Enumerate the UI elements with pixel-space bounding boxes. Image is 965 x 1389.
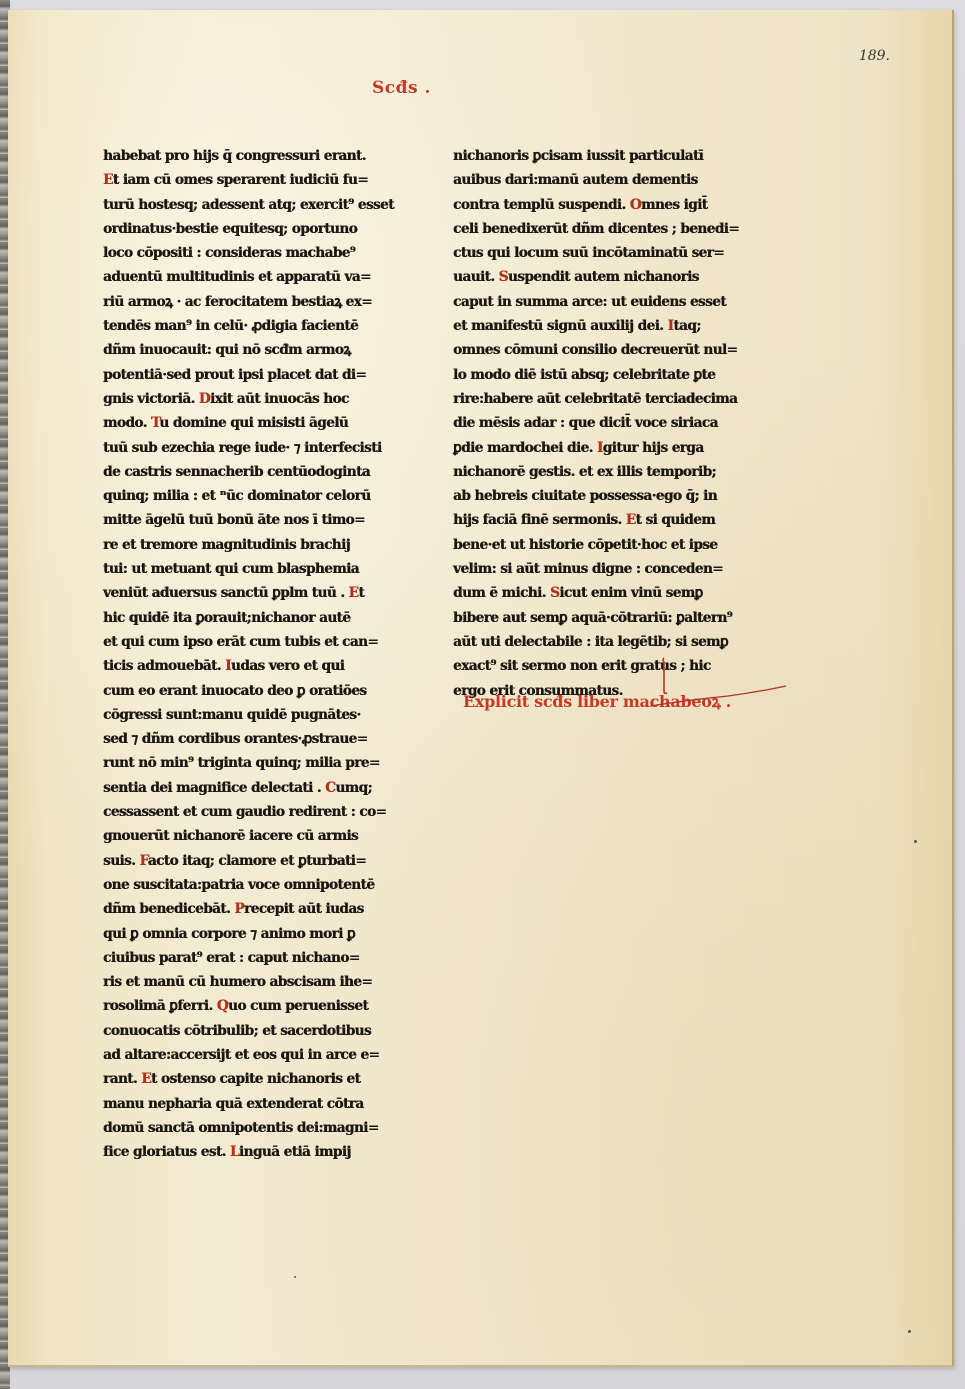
line-text: exact⁹ sit sermo non erit gratus ; hic [453, 658, 711, 674]
line-text: sed ⁊ dñm cordibus orantes·ꝓstraue= [103, 731, 367, 747]
text-line: riū armoꝝ · ac ferocitatem bestiaꝝ ex= [103, 290, 396, 314]
line-text: cum eo erant inuocato deo ꝑ oratiōes [103, 683, 366, 699]
text-line: tui: ut metuant qui cum blasphemia [103, 557, 396, 581]
line-text: gnouerūt nichanorē iacere cū armis [103, 828, 358, 844]
line-text: icut enim vinū semꝑ [559, 585, 702, 601]
line-text: ixit aūt inuocās hoc [210, 391, 349, 407]
text-line: et manifestū signū auxilij dei. Itaq; [453, 314, 765, 338]
line-text: t iam cū omes sperarent iudiciū fu= [113, 172, 368, 188]
text-line: rant. Et ostenso capite nichanoris et [103, 1067, 396, 1091]
text-column-left: habebat pro hijs q̄ congressuri erant.Et… [103, 144, 408, 1164]
line-text: nichanorē gestis. et ex illis temporib; [453, 464, 716, 480]
text-line: aūt uti delectabile : ita legētib; si se… [453, 630, 765, 654]
text-line: ab hebreis ciuitate possessa·ego q̄; in [453, 484, 765, 508]
line-text: rire:habere aūt celebritatē terciadecima [453, 391, 737, 407]
line-text: auibus dari:manū autem dementis [453, 172, 698, 188]
text-line: velim: si aūt minus digne : conceden= [453, 557, 765, 581]
text-line: dñm inuocauit: qui nō scđm armoꝝ [103, 338, 396, 362]
line-text: sentia dei magnifice delectati . [103, 780, 325, 796]
line-text: qui ꝑ omnia corpore ⁊ animo mori ꝑ [103, 926, 355, 942]
line-text: tuū sub ezechia rege iude· ⁊ interfecist… [103, 440, 381, 456]
line-text: modo. [103, 415, 151, 431]
text-line: nichanoris ꝑcisam iussit particulatī [453, 144, 765, 168]
line-text: tendēs man⁹ in celū· ꝓdigia facientē [103, 318, 358, 334]
rubricated-initial: E [349, 585, 359, 601]
text-line: manu nepharia quā extenderat cōtra [103, 1092, 396, 1116]
text-line: de castris sennacherib centūodoginta [103, 460, 396, 484]
parchment-speck [908, 1330, 911, 1333]
text-line: cum eo erant inuocato deo ꝑ oratiōes [103, 679, 396, 703]
line-text: suis. [103, 853, 139, 869]
text-line: contra templū suspendi. Omnes igit̄ [453, 193, 765, 217]
text-line: habebat pro hijs q̄ congressuri erant. [103, 144, 396, 168]
rubricated-initial: E [103, 172, 113, 188]
line-text: manu nepharia quā extenderat cōtra [103, 1096, 363, 1112]
text-line: conuocatis cōtribulib; et sacerdotibus [103, 1019, 396, 1043]
line-text: rosolimā ꝑferri. [103, 998, 217, 1014]
line-text: velim: si aūt minus digne : conceden= [453, 561, 723, 577]
text-line: one suscitata:patria voce omnipotentē [103, 873, 396, 897]
line-text: gitur hijs erga [603, 440, 704, 456]
rubricated-initial: S [550, 585, 559, 601]
scanned-page: 189. Scđs . habebat pro hijs q̄ congress… [0, 0, 965, 1389]
line-text: umq; [335, 780, 372, 796]
text-line: ꝑdie mardochei die. Igitur hijs erga [453, 436, 765, 460]
text-line: dum ē michi. Sicut enim vinū semꝑ [453, 581, 765, 605]
text-line: aduentū multitudinis et apparatū va= [103, 265, 396, 289]
line-text: celi benedixerūt dñm dicentes ; benedi= [453, 221, 739, 237]
text-line: gnis victoriā. Dixit aūt inuocās hoc [103, 387, 396, 411]
text-line: veniūt aduersus sanctū ꝑplm tuū . Et [103, 581, 396, 605]
line-text: ꝑdie mardochei die. [453, 440, 597, 456]
text-line: hijs faciā finē sermonis. Et si quidem [453, 508, 765, 532]
text-line: cessassent et cum gaudio redirent : co= [103, 800, 396, 824]
line-text: uspendit autem nichanoris [508, 269, 699, 285]
text-line: ris et manū cū humero abscisam ihe= [103, 970, 396, 994]
line-text: dum ē michi. [453, 585, 550, 601]
line-text: t ostenso capite nichanoris et [151, 1071, 360, 1087]
text-line: tuū sub ezechia rege iude· ⁊ interfecist… [103, 436, 396, 460]
folio-number: 189. [859, 48, 890, 64]
text-line: dñm benedicebāt. Precepit aūt iudas [103, 897, 396, 921]
text-line: caput in summa arce: ut euidens esset [453, 290, 765, 314]
line-text: aūt uti delectabile : ita legētib; si se… [453, 634, 728, 650]
text-line: turū hostesq; adessent atq; exercit⁹ ess… [103, 193, 396, 217]
line-text: die mēsis adar : que dicit̄ voce siriaca [453, 415, 718, 431]
line-text: potentiā·sed prout ipsi placet dat di= [103, 367, 366, 383]
text-line: ciuibus parat⁹ erat : caput nichano= [103, 946, 396, 970]
text-line: rire:habere aūt celebritatē terciadecima [453, 387, 765, 411]
line-text: mitte āgelū tuū bonū āte nos ī timo= [103, 512, 365, 528]
line-text: t si quidem [636, 512, 715, 528]
line-text: cessassent et cum gaudio redirent : co= [103, 804, 386, 820]
line-text: cōgressi sunt:manu quidē pugnātes· [103, 707, 361, 723]
line-text: uo cum peruenisset [228, 998, 368, 1014]
line-text: recepit aūt iudas [244, 901, 364, 917]
rubricated-initial: E [141, 1071, 151, 1087]
text-line: sed ⁊ dñm cordibus orantes·ꝓstraue= [103, 727, 396, 751]
rubricated-initial: E [626, 512, 636, 528]
text-line: rosolimā ꝑferri. Quo cum peruenisset [103, 994, 396, 1018]
line-text: mnes igit̄ [641, 197, 707, 213]
line-text: dñm inuocauit: qui nō scđm armoꝝ [103, 342, 351, 358]
text-line: lo modo diē istū absq; celebritate ꝑte [453, 363, 765, 387]
text-line: potentiā·sed prout ipsi placet dat di= [103, 363, 396, 387]
text-line: omnes cōmuni consilio decreuerūt nul= [453, 338, 765, 362]
line-text: acto itaq; clamore et ꝑturbati= [148, 853, 366, 869]
rubricated-initial: S [499, 269, 508, 285]
rubricated-initial: F [139, 853, 147, 869]
text-line: nichanorē gestis. et ex illis temporib; [453, 460, 765, 484]
line-text: ticis admouebāt. [103, 658, 225, 674]
text-line: ctus qui locum suū incōtaminatū ser= [453, 241, 765, 265]
text-line: gnouerūt nichanorē iacere cū armis [103, 824, 396, 848]
line-text: dñm benedicebāt. [103, 901, 234, 917]
text-line: die mēsis adar : que dicit̄ voce siriaca [453, 411, 765, 435]
parchment-leaf: 189. Scđs . habebat pro hijs q̄ congress… [8, 10, 954, 1367]
line-text: udas vero et qui [231, 658, 344, 674]
rubricated-initial: Q [217, 998, 228, 1014]
text-line: celi benedixerūt dñm dicentes ; benedi= [453, 217, 765, 241]
text-line: exact⁹ sit sermo non erit gratus ; hic [453, 654, 765, 678]
rubricated-initial: L [230, 1144, 239, 1160]
parchment-speck [294, 1276, 296, 1278]
text-line: fice gloriatus est. Linguā etiā impij [103, 1140, 396, 1164]
line-text: caput in summa arce: ut euidens esset [453, 294, 726, 310]
text-line: modo. Tu domine qui misisti āgelū [103, 411, 396, 435]
line-text: taq; [673, 318, 700, 334]
text-line: loco cōpositi : consideras machabe⁹ [103, 241, 396, 265]
text-line: et qui cum ipso erāt cum tubis et can= [103, 630, 396, 654]
rubricated-initial: P [234, 901, 244, 917]
line-text: loco cōpositi : consideras machabe⁹ [103, 245, 355, 261]
line-text: gnis victoriā. [103, 391, 199, 407]
line-text: riū armoꝝ · ac ferocitatem bestiaꝝ ex= [103, 294, 372, 310]
line-text: omnes cōmuni consilio decreuerūt nul= [453, 342, 737, 358]
colophon-flourish-icon [648, 682, 788, 712]
text-line: domū sanctā omnipotentis dei:magni= [103, 1116, 396, 1140]
line-text: t [358, 585, 364, 601]
line-text: ad altare:accersijt et eos qui in arce e… [103, 1047, 379, 1063]
text-line: bibere aut semꝑ aquā·cōtrariū: ꝑaltern⁹ [453, 606, 765, 630]
text-line: ticis admouebāt. Iudas vero et qui [103, 654, 396, 678]
line-text: ciuibus parat⁹ erat : caput nichano= [103, 950, 360, 966]
line-text: nichanoris ꝑcisam iussit particulatī [453, 148, 703, 164]
line-text: et qui cum ipso erāt cum tubis et can= [103, 634, 378, 650]
line-text: hijs faciā finē sermonis. [453, 512, 626, 528]
text-line: cōgressi sunt:manu quidē pugnātes· [103, 703, 396, 727]
rubricated-initial: T [151, 415, 159, 431]
text-column-right: nichanoris ꝑcisam iussit particulatīauib… [453, 144, 778, 703]
line-text: one suscitata:patria voce omnipotentē [103, 877, 374, 893]
text-line: bene·et ut historie cōpetit·hoc et ipse [453, 533, 765, 557]
line-text: re et tremore magnitudinis brachij [103, 537, 350, 553]
line-text: aduentū multitudinis et apparatū va= [103, 269, 371, 285]
line-text: de castris sennacherib centūodoginta [103, 464, 370, 480]
text-line: sentia dei magnifice delectati . Cumq; [103, 776, 396, 800]
line-text: bene·et ut historie cōpetit·hoc et ipse [453, 537, 717, 553]
line-text: lo modo diē istū absq; celebritate ꝑte [453, 367, 715, 383]
line-text: ris et manū cū humero abscisam ihe= [103, 974, 372, 990]
line-text: uauit. [453, 269, 499, 285]
line-text: habebat pro hijs q̄ congressuri erant. [103, 148, 366, 164]
line-text: inguā etiā impij [239, 1144, 351, 1160]
line-text: u domine qui misisti āgelū [159, 415, 348, 431]
rubricated-initial: D [199, 391, 210, 407]
line-text: domū sanctā omnipotentis dei:magni= [103, 1120, 379, 1136]
text-line: uauit. Suspendit autem nichanoris [453, 265, 765, 289]
text-line: tendēs man⁹ in celū· ꝓdigia facientē [103, 314, 396, 338]
line-text: conuocatis cōtribulib; et sacerdotibus [103, 1023, 371, 1039]
text-line: quinq; milia : et ⁿūc dominator celorū [103, 484, 396, 508]
text-line: re et tremore magnitudinis brachij [103, 533, 396, 557]
line-text: runt nō min⁹ triginta quinq; milia pre= [103, 755, 380, 771]
line-text: ab hebreis ciuitate possessa·ego q̄; in [453, 488, 717, 504]
line-text: veniūt aduersus sanctū ꝑplm tuū . [103, 585, 349, 601]
text-line: hic quidē ita ꝑorauit;nichanor autē [103, 606, 396, 630]
text-line: qui ꝑ omnia corpore ⁊ animo mori ꝑ [103, 922, 396, 946]
line-text: et manifestū signū auxilij dei. [453, 318, 668, 334]
line-text: ctus qui locum suū incōtaminatū ser= [453, 245, 724, 261]
line-text: turū hostesq; adessent atq; exercit⁹ ess… [103, 197, 394, 213]
line-text: quinq; milia : et ⁿūc dominator celorū [103, 488, 370, 504]
line-text: ordinatus·bestie equitesq; oportuno [103, 221, 357, 237]
line-text: tui: ut metuant qui cum blasphemia [103, 561, 359, 577]
running-head: Scđs . [372, 78, 431, 98]
line-text: fice gloriatus est. [103, 1144, 230, 1160]
parchment-speck [914, 840, 917, 843]
text-line: auibus dari:manū autem dementis [453, 168, 765, 192]
rubricated-initial: O [630, 197, 641, 213]
text-line: runt nō min⁹ triginta quinq; milia pre= [103, 751, 396, 775]
text-line: mitte āgelū tuū bonū āte nos ī timo= [103, 508, 396, 532]
line-text: rant. [103, 1071, 141, 1087]
text-line: ad altare:accersijt et eos qui in arce e… [103, 1043, 396, 1067]
rubricated-initial: C [325, 780, 335, 796]
text-line: ordinatus·bestie equitesq; oportuno [103, 217, 396, 241]
line-text: contra templū suspendi. [453, 197, 630, 213]
text-line: Et iam cū omes sperarent iudiciū fu= [103, 168, 396, 192]
text-line: suis. Facto itaq; clamore et ꝑturbati= [103, 849, 396, 873]
line-text: bibere aut semꝑ aquā·cōtrariū: ꝑaltern⁹ [453, 610, 732, 626]
line-text: hic quidē ita ꝑorauit;nichanor autē [103, 610, 350, 626]
